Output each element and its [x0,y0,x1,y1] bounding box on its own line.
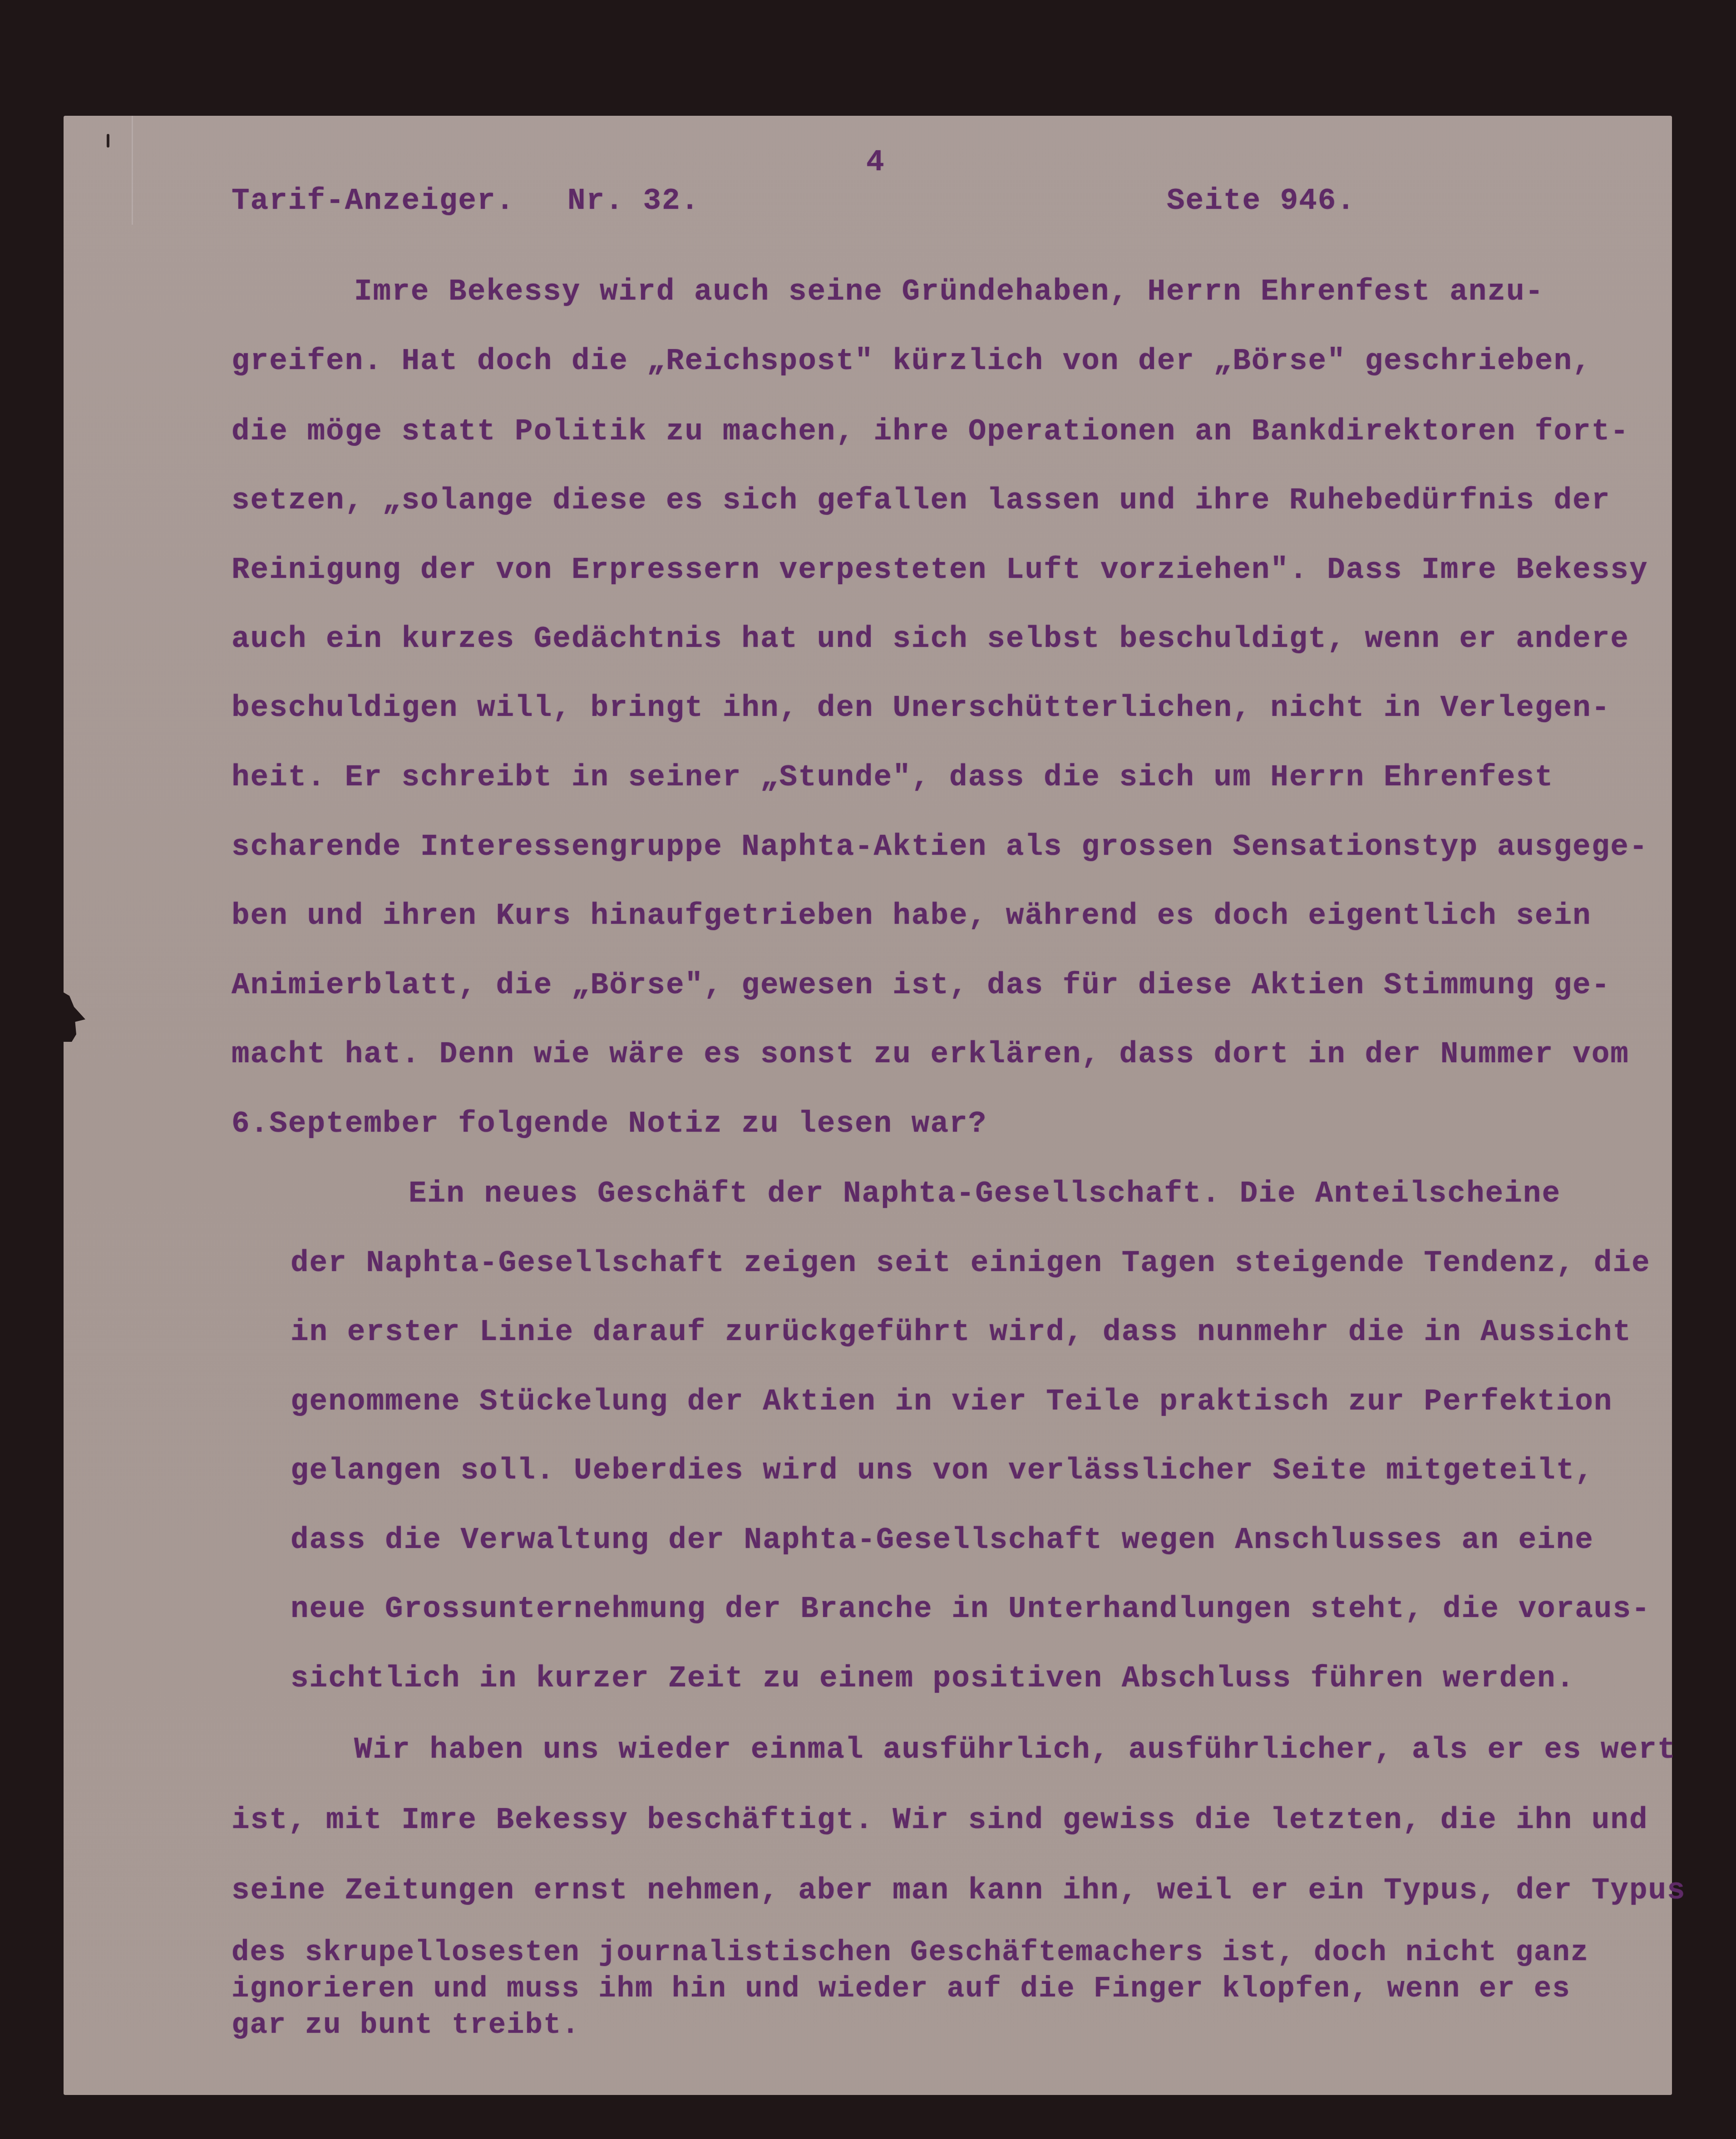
paragraph-1-line: greifen. Hat doch die „Reichspost" kürzl… [232,346,1592,376]
quoted-notice-line: genommene Stückelung der Aktien in vier … [291,1387,1613,1417]
quoted-notice-line: gelangen soll. Ueberdies wird uns von ve… [291,1456,1594,1486]
quoted-notice-line: Ein neues Geschäft der Naphta-Gesellscha… [409,1179,1561,1209]
paragraph-2-line: Wir haben uns wieder einmal ausführlich,… [354,1735,1676,1765]
paragraph-1-line: setzen, „solange diese es sich gefallen … [232,486,1610,516]
paper-fold-crease [132,116,133,225]
ink-mark [107,134,109,148]
quoted-notice-line: der Naphta-Gesellschaft zeigen seit eini… [291,1248,1651,1278]
quoted-notice-line: in erster Linie darauf zurückgeführt wir… [291,1317,1632,1347]
quoted-notice-line: dass die Verwaltung der Naphta-Gesellsch… [291,1525,1594,1555]
paragraph-2-line: gar zu bunt treibt. [232,2011,580,2040]
paragraph-1-line: Animierblatt, die „Börse", gewesen ist, … [232,971,1610,1000]
page-reference: Seite 946. [1167,186,1356,216]
paragraph-2-line: ist, mit Imre Bekessy beschäftigt. Wir s… [232,1805,1648,1835]
paragraph-1-line: Imre Bekessy wird auch seine Gründehaben… [354,277,1544,307]
paper-tear [63,992,85,1042]
paragraph-1-line: 6.September folgende Notiz zu lesen war? [232,1109,987,1139]
paragraph-1-line: heit. Er schreibt in seiner „Stunde", da… [232,763,1554,793]
paragraph-1-line: Reinigung der von Erpressern verpesteten… [232,555,1648,585]
typewritten-page: 4 Tarif-Anzeiger. Nr. 32. Seite 946. Imr… [64,116,1672,2095]
paragraph-1-line: beschuldigen will, bringt ihn, den Uners… [232,693,1610,723]
paragraph-1-line: auch ein kurzes Gedächtnis hat und sich … [232,624,1629,654]
paragraph-1-line: ben und ihren Kurs hinaufgetrieben habe,… [232,901,1592,931]
paragraph-1-line: scharende Interessengruppe Naphta-Aktien… [232,832,1648,862]
paragraph-1-line: die möge statt Politik zu machen, ihre O… [232,417,1629,447]
quoted-notice-line: neue Grossunternehmung der Branche in Un… [291,1594,1651,1624]
issue-number: Nr. 32. [567,186,700,216]
paragraph-2-line: des skrupellosesten journalistischen Ges… [232,1938,1589,1967]
page-number: 4 [866,148,885,177]
quoted-notice-line: sichtlich in kurzer Zeit zu einem positi… [291,1664,1575,1694]
publication-title: Tarif-Anzeiger. [232,186,515,216]
paragraph-2-line: ignorieren und muss ihm hin und wieder a… [232,1975,1571,2004]
paragraph-2-line: seine Zeitungen ernst nehmen, aber man k… [232,1876,1686,1906]
paragraph-1-line: macht hat. Denn wie wäre es sonst zu erk… [232,1040,1629,1069]
